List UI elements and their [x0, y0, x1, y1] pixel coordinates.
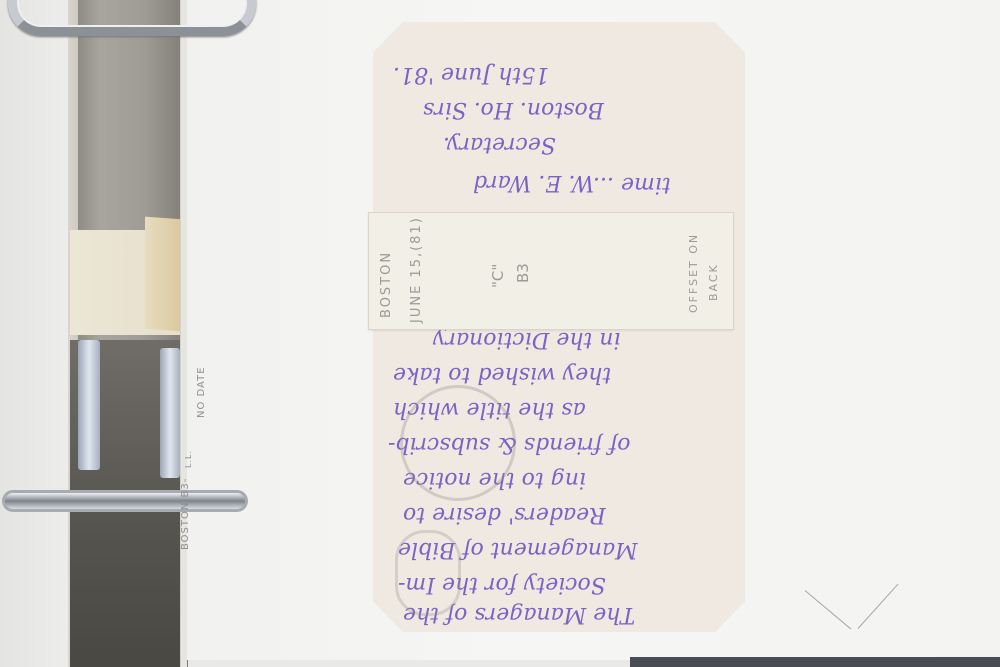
postcard-line: W. E. Ward [473, 170, 594, 195]
label-date: JUNE 15,(81) [409, 216, 424, 323]
postcard-line: Readers' desire to [403, 502, 606, 527]
margin-note-catalog: BOSTON B3- [180, 478, 191, 550]
binder-ring-top[interactable] [8, 0, 256, 36]
margin-note-date: NO DATE [196, 366, 207, 418]
postcard-line: 15th June '81. [393, 62, 549, 87]
postcard-line: Boston. Ho. Sirs [423, 97, 604, 122]
postmark-partial [395, 530, 461, 616]
margin-note-faint: L.L. [184, 450, 193, 468]
table-surface [630, 657, 1000, 667]
postcard-line: in the Dictionary [433, 327, 621, 352]
hinge-tape-flap [145, 217, 183, 332]
postcard-line: time ... [593, 172, 671, 197]
binder-clip-left [78, 340, 100, 470]
binder-ring-bottom[interactable] [2, 490, 248, 512]
postcard-line: they wished to take [393, 362, 611, 387]
label-note-line1: OFFSET ON [687, 233, 700, 313]
label-catalog: B3 [514, 263, 532, 283]
postmark-circle [400, 385, 516, 501]
label-city: BOSTON [379, 251, 394, 318]
binder-clip-right [160, 348, 180, 478]
label-note-line2: BACK [707, 263, 720, 301]
album-page-edge [180, 0, 187, 667]
postcard-line: Secretary. [443, 132, 556, 157]
catalog-label-strip: BOSTON JUNE 15,(81) "C" B3 OFFSET ON BAC… [368, 212, 734, 330]
label-type-mark: "C" [489, 264, 507, 288]
